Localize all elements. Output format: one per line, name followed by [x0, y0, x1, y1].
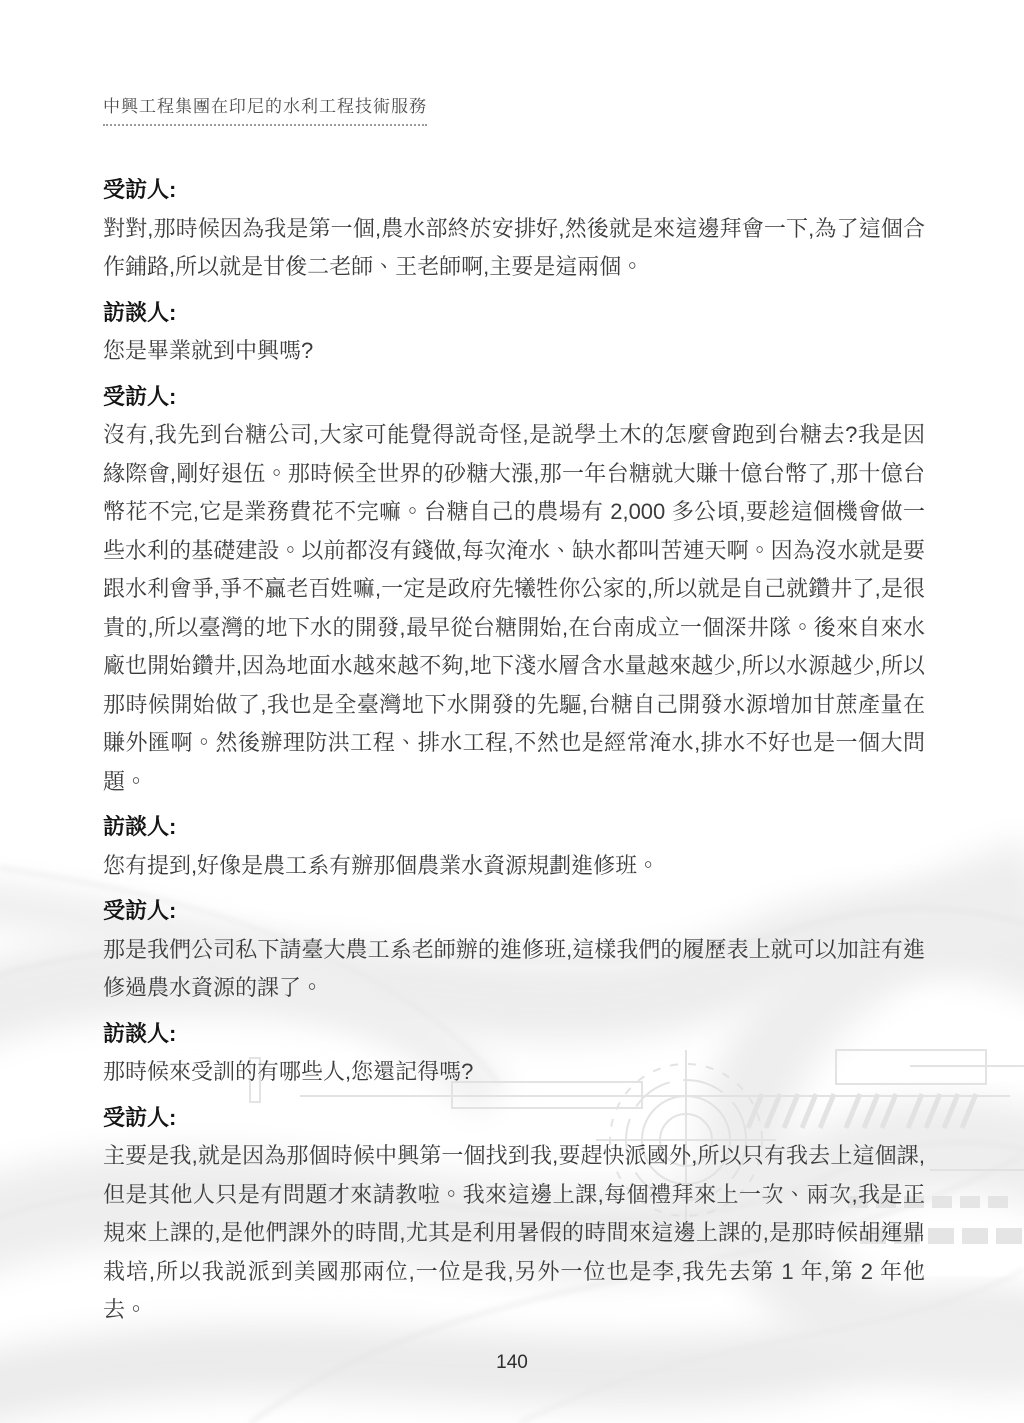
dialogue-turn: 訪談人: 您有提到,好像是農工系有辦那個農業水資源規劃進修班。	[103, 808, 925, 885]
page-content: 中興工程集團在印尼的水利工程技術服務 受訪人: 對對,那時候因為我是第一個,農水…	[0, 0, 1024, 1330]
dialogue-turn: 受訪人: 那是我們公司私下請臺大農工系老師辦的進修班,這樣我們的履歷表上就可以加…	[103, 892, 925, 1008]
dialogue-text: 您有提到,好像是農工系有辦那個農業水資源規劃進修班。	[103, 847, 925, 886]
speaker-label: 受訪人:	[103, 892, 925, 931]
dialogue-text: 您是畢業就到中興嗎?	[103, 332, 925, 371]
dialogue-text: 對對,那時候因為我是第一個,農水部終於安排好,然後就是來這邊拜會一下,為了這個合…	[103, 210, 925, 287]
dialogue-text: 主要是我,就是因為那個時候中興第一個找到我,要趕快派國外,所以只有我去上這個課,…	[103, 1137, 925, 1330]
speaker-label: 受訪人:	[103, 1099, 925, 1138]
dialogue-turn: 受訪人: 主要是我,就是因為那個時候中興第一個找到我,要趕快派國外,所以只有我去…	[103, 1099, 925, 1330]
dialogue-text: 那時候來受訓的有哪些人,您還記得嗎?	[103, 1053, 925, 1092]
running-header-title: 中興工程集團在印尼的水利工程技術服務	[103, 96, 427, 126]
speaker-label: 訪談人:	[103, 294, 925, 333]
page-number: 140	[496, 1352, 528, 1373]
dialogue-turn: 訪談人: 您是畢業就到中興嗎?	[103, 294, 925, 371]
speaker-label: 訪談人:	[103, 1015, 925, 1054]
speaker-label: 受訪人:	[103, 171, 925, 210]
dialogue-turn: 受訪人: 沒有,我先到台糖公司,大家可能覺得説奇怪,是説學土木的怎麼會跑到台糖去…	[103, 378, 925, 802]
page-footer: 140	[0, 1352, 1024, 1374]
speaker-label: 訪談人:	[103, 808, 925, 847]
dialogue-turn: 訪談人: 那時候來受訓的有哪些人,您還記得嗎?	[103, 1015, 925, 1092]
dialogue-text: 那是我們公司私下請臺大農工系老師辦的進修班,這樣我們的履歷表上就可以加註有進修過…	[103, 931, 925, 1008]
dialogue-text: 沒有,我先到台糖公司,大家可能覺得説奇怪,是説學土木的怎麼會跑到台糖去?我是因緣…	[103, 416, 925, 801]
interview-transcript: 受訪人: 對對,那時候因為我是第一個,農水部終於安排好,然後就是來這邊拜會一下,…	[103, 171, 925, 1330]
dialogue-turn: 受訪人: 對對,那時候因為我是第一個,農水部終於安排好,然後就是來這邊拜會一下,…	[103, 171, 925, 287]
page-header: 中興工程集團在印尼的水利工程技術服務	[103, 96, 925, 126]
document-page: 中興工程集團在印尼的水利工程技術服務 受訪人: 對對,那時候因為我是第一個,農水…	[0, 0, 1024, 1423]
speaker-label: 受訪人:	[103, 378, 925, 417]
